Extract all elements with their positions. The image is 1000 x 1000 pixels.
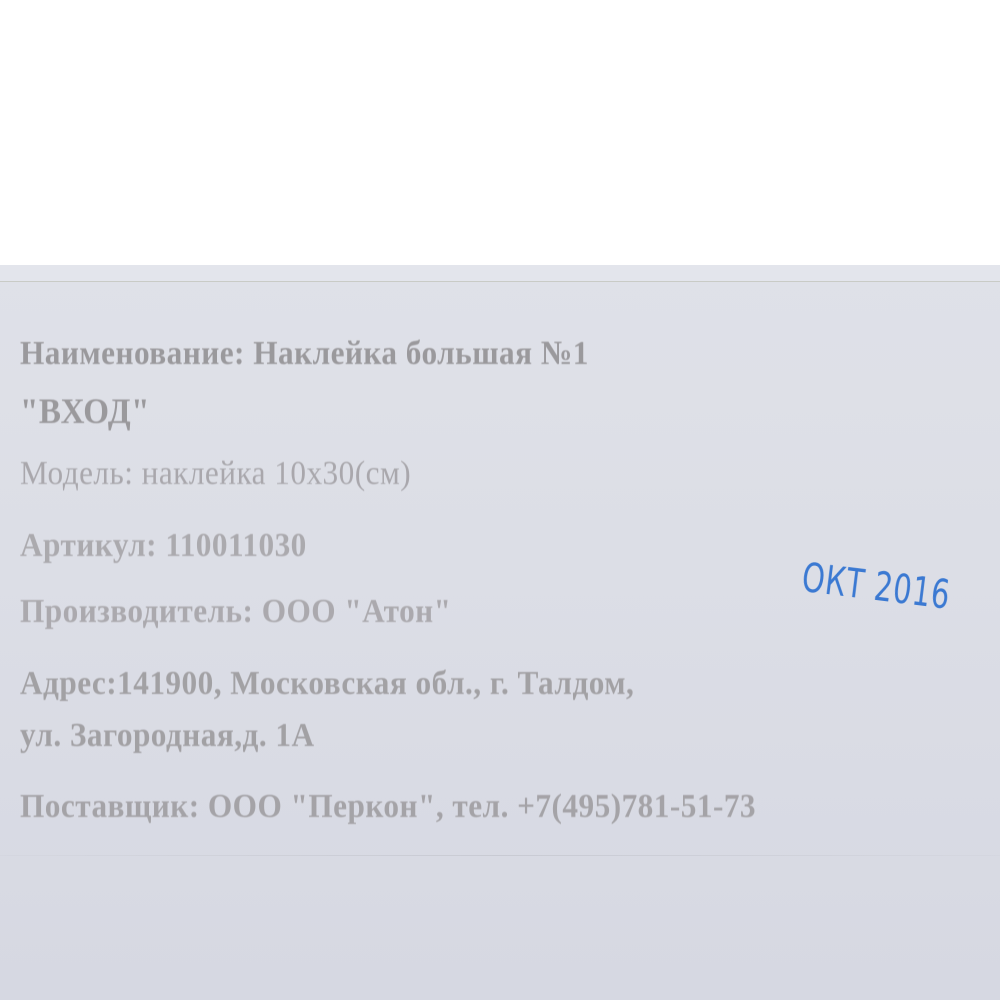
product-label: Наименование: Наклейка большая №1 "ВХОД"…	[0, 265, 1000, 1000]
product-name-line: Наименование: Наклейка большая №1	[20, 335, 589, 373]
supplier-line: Поставщик: ООО "Перкон", тел. +7(495)781…	[20, 788, 756, 826]
label-top-edge	[0, 265, 1000, 282]
date-stamp: ОКТ 2016	[799, 555, 952, 619]
model-line: Модель: наклейка 10х30(см)	[20, 455, 411, 493]
manufacturer-line: Производитель: ООО "Атон"	[20, 593, 451, 631]
product-name-continuation: "ВХОД"	[20, 390, 150, 432]
address-line-1: Адрес:141900, Московская обл., г. Талдом…	[20, 665, 634, 703]
product-photo: Наименование: Наклейка большая №1 "ВХОД"…	[0, 0, 1000, 1000]
article-line: Артикул: 110011030	[20, 527, 307, 565]
shelf-edge-line	[0, 855, 1000, 856]
address-line-2: ул. Загородная,д. 1А	[20, 717, 315, 755]
